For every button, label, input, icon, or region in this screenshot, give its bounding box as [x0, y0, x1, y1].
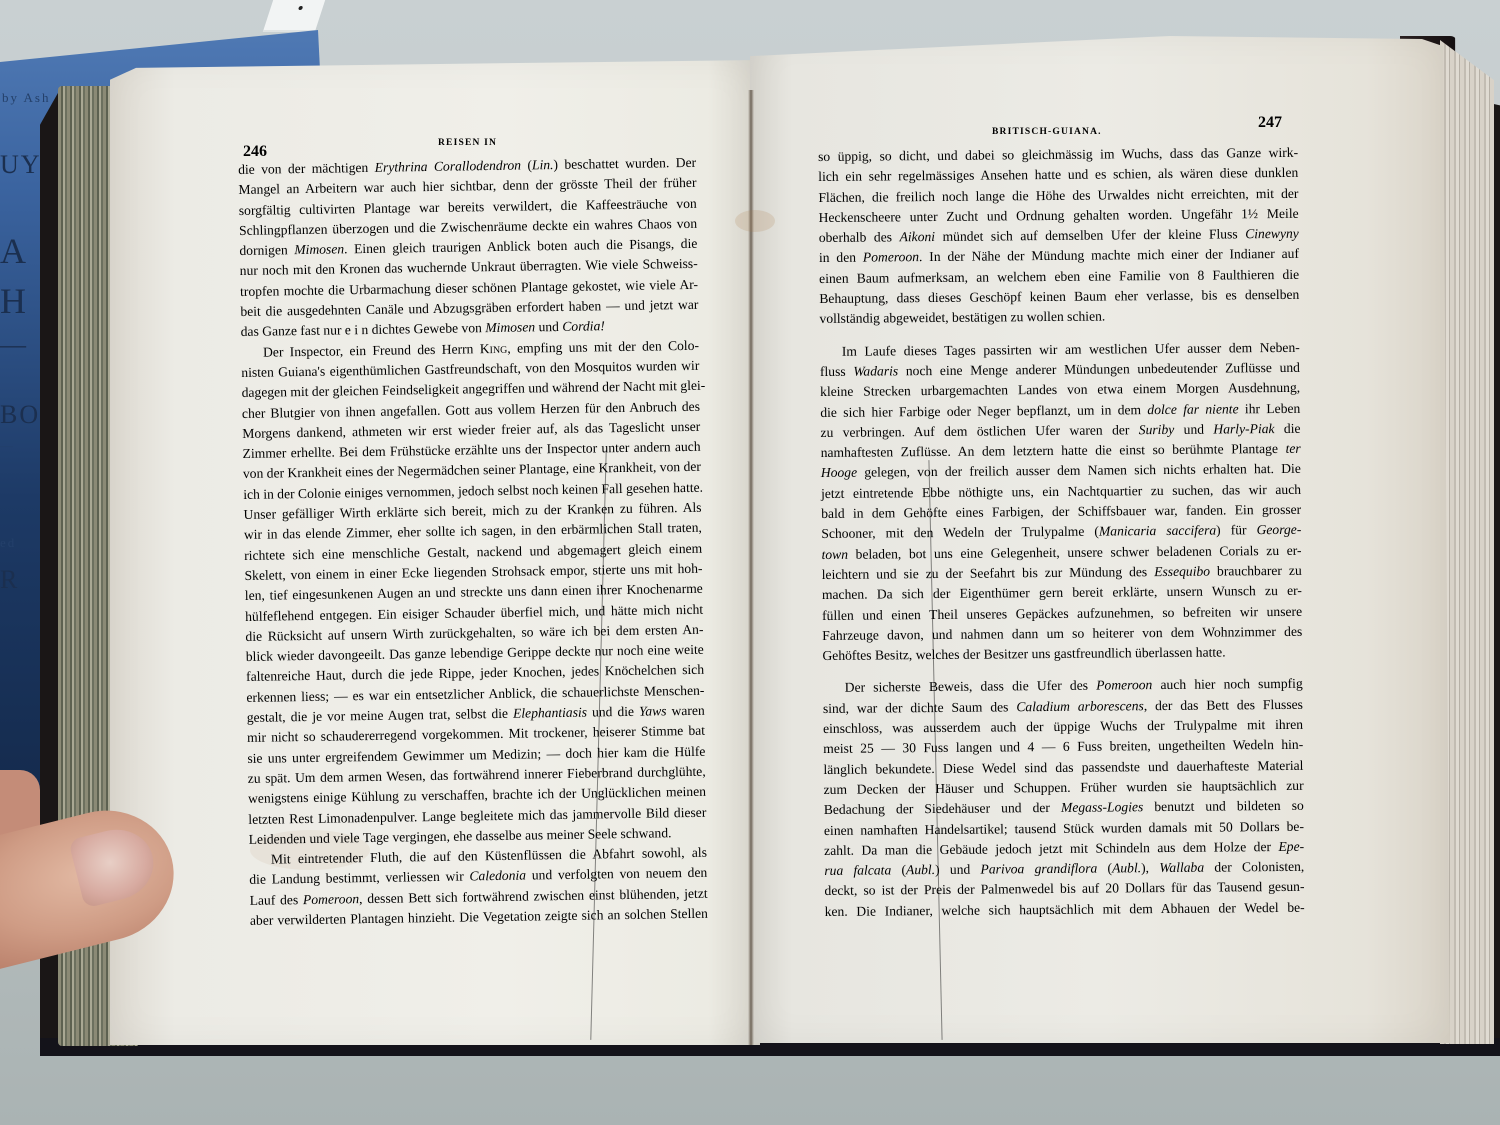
running-head-left: REISEN IN: [438, 138, 497, 148]
right-page-body-text: so üppig, so dicht, und dabei so gleichm…: [818, 143, 1305, 922]
blue-book-text: ed: [0, 535, 16, 551]
book-gutter: [748, 90, 754, 1045]
blue-book-text: UY: [0, 150, 42, 180]
text-line: ken. Die Indianer, welche sich hauptsäch…: [825, 897, 1305, 921]
blue-book-text: A: [0, 230, 28, 272]
text-line: Fahrzeuge davon, und nahmen dann um so h…: [822, 622, 1302, 646]
blue-book-text: BO: [0, 400, 40, 430]
page-number-right: 247: [1258, 114, 1282, 132]
tag-hole: [298, 6, 303, 10]
white-tag-object: [263, 0, 325, 32]
running-head-right: BRITISCH-GUIANA.: [992, 127, 1102, 137]
blue-book-text: R: [0, 565, 19, 595]
left-page-body-text: die von der mächtigen Erythrina Corallod…: [238, 153, 708, 931]
blue-book-text: —: [0, 438, 15, 454]
blue-book-text: by Ash: [2, 90, 50, 106]
blue-book-text: —: [0, 330, 28, 360]
thumbnail: [68, 822, 161, 909]
page-number-left: 246: [243, 143, 267, 161]
blue-book-text: H: [0, 280, 28, 322]
paper-stain: [735, 210, 775, 232]
